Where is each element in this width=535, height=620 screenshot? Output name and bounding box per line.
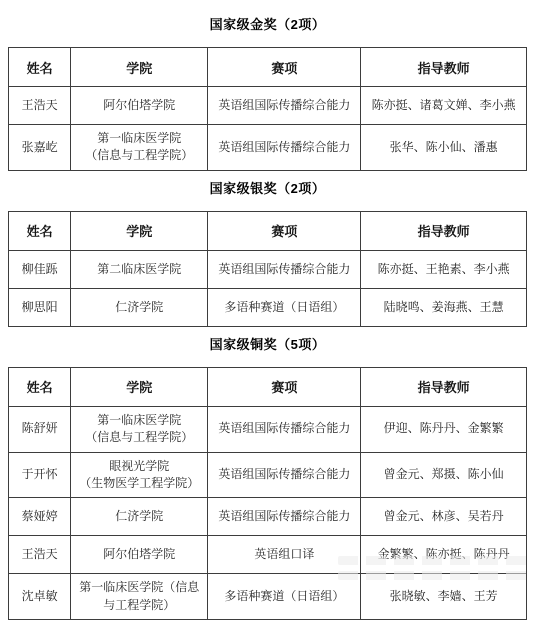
award-section: 国家级金奖（2项） 姓名学院赛项指导教师 王浩天阿尔伯塔学院英语组国际传播综合能… (8, 14, 527, 171)
table-body: 王浩天阿尔伯塔学院英语组国际传播综合能力陈亦挺、诸葛文婵、李小燕张嘉屹第一临床医… (9, 87, 527, 171)
column-header: 赛项 (208, 211, 361, 250)
cell-event: 英语组国际传播综合能力 (208, 250, 361, 288)
cell-teachers: 伊迎、陈丹丹、金繁繁 (361, 406, 527, 452)
table-row: 柳佳跞第二临床医学院英语组国际传播综合能力陈亦挺、王艳素、李小燕 (9, 250, 527, 288)
award-table: 姓名学院赛项指导教师 王浩天阿尔伯塔学院英语组国际传播综合能力陈亦挺、诸葛文婵、… (8, 47, 527, 171)
award-section: 国家级铜奖（5项） 姓名学院赛项指导教师 陈舒妍第一临床医学院 （信息与工程学院… (8, 334, 527, 620)
table-row: 柳思阳仁济学院多语种赛道（日语组）陆晓鸣、姜海燕、王慧 (9, 288, 527, 326)
cell-teachers: 张晓敏、李嫱、王芳 (361, 574, 527, 620)
cell-event: 英语组口译 (208, 536, 361, 574)
cell-event: 英语组国际传播综合能力 (208, 87, 361, 125)
table-row: 王浩天阿尔伯塔学院英语组口译金繁繁、陈亦挺、陈丹丹 (9, 536, 527, 574)
cell-event: 英语组国际传播综合能力 (208, 452, 361, 498)
cell-college: 仁济学院 (71, 288, 208, 326)
column-header: 学院 (71, 48, 208, 87)
cell-college: 第一临床医学院 （信息与工程学院） (71, 406, 208, 452)
table-row: 蔡娅婷仁济学院英语组国际传播综合能力曾金元、林彦、吴若丹 (9, 498, 527, 536)
section-title: 国家级金奖（2项） (8, 14, 527, 33)
column-header: 指导教师 (361, 367, 527, 406)
cell-name: 王浩天 (9, 87, 71, 125)
cell-name: 陈舒妍 (9, 406, 71, 452)
cell-event: 英语组国际传播综合能力 (208, 406, 361, 452)
cell-college: 第二临床医学院 (71, 250, 208, 288)
cell-name: 于开怀 (9, 452, 71, 498)
table-body: 陈舒妍第一临床医学院 （信息与工程学院）英语组国际传播综合能力伊迎、陈丹丹、金繁… (9, 406, 527, 619)
cell-event: 英语组国际传播综合能力 (208, 498, 361, 536)
table-row: 张嘉屹第一临床医学院 （信息与工程学院）英语组国际传播综合能力张华、陈小仙、潘惠 (9, 125, 527, 171)
award-document: 国家级金奖（2项） 姓名学院赛项指导教师 王浩天阿尔伯塔学院英语组国际传播综合能… (0, 0, 535, 620)
column-header: 赛项 (208, 48, 361, 87)
cell-college: 阿尔伯塔学院 (71, 536, 208, 574)
cell-college: 仁济学院 (71, 498, 208, 536)
table-header-row: 姓名学院赛项指导教师 (9, 367, 527, 406)
column-header: 赛项 (208, 367, 361, 406)
cell-name: 蔡娅婷 (9, 498, 71, 536)
award-section: 国家级银奖（2项） 姓名学院赛项指导教师 柳佳跞第二临床医学院英语组国际传播综合… (8, 178, 527, 327)
section-title: 国家级铜奖（5项） (8, 334, 527, 353)
cell-event: 多语种赛道（日语组） (208, 574, 361, 620)
table-row: 沈卓敏第一临床医学院（信息与工程学院）多语种赛道（日语组）张晓敏、李嫱、王芳 (9, 574, 527, 620)
column-header: 指导教师 (361, 211, 527, 250)
cell-teachers: 曾金元、郑摄、陈小仙 (361, 452, 527, 498)
cell-teachers: 陆晓鸣、姜海燕、王慧 (361, 288, 527, 326)
cell-name: 沈卓敏 (9, 574, 71, 620)
cell-name: 柳佳跞 (9, 250, 71, 288)
cell-teachers: 金繁繁、陈亦挺、陈丹丹 (361, 536, 527, 574)
cell-college: 阿尔伯塔学院 (71, 87, 208, 125)
cell-name: 张嘉屹 (9, 125, 71, 171)
column-header: 姓名 (9, 367, 71, 406)
column-header: 姓名 (9, 48, 71, 87)
column-header: 指导教师 (361, 48, 527, 87)
table-header-row: 姓名学院赛项指导教师 (9, 48, 527, 87)
cell-event: 多语种赛道（日语组） (208, 288, 361, 326)
cell-teachers: 曾金元、林彦、吴若丹 (361, 498, 527, 536)
table-row: 陈舒妍第一临床医学院 （信息与工程学院）英语组国际传播综合能力伊迎、陈丹丹、金繁… (9, 406, 527, 452)
cell-college: 第一临床医学院 （信息与工程学院） (71, 125, 208, 171)
column-header: 姓名 (9, 211, 71, 250)
award-table: 姓名学院赛项指导教师 陈舒妍第一临床医学院 （信息与工程学院）英语组国际传播综合… (8, 367, 527, 620)
cell-college: 眼视光学院 （生物医学工程学院） (71, 452, 208, 498)
table-row: 于开怀眼视光学院 （生物医学工程学院）英语组国际传播综合能力曾金元、郑摄、陈小仙 (9, 452, 527, 498)
cell-name: 柳思阳 (9, 288, 71, 326)
award-table: 姓名学院赛项指导教师 柳佳跞第二临床医学院英语组国际传播综合能力陈亦挺、王艳素、… (8, 211, 527, 327)
column-header: 学院 (71, 367, 208, 406)
table-header-row: 姓名学院赛项指导教师 (9, 211, 527, 250)
column-header: 学院 (71, 211, 208, 250)
cell-teachers: 陈亦挺、王艳素、李小燕 (361, 250, 527, 288)
cell-college: 第一临床医学院（信息与工程学院） (71, 574, 208, 620)
cell-event: 英语组国际传播综合能力 (208, 125, 361, 171)
cell-teachers: 陈亦挺、诸葛文婵、李小燕 (361, 87, 527, 125)
table-body: 柳佳跞第二临床医学院英语组国际传播综合能力陈亦挺、王艳素、李小燕柳思阳仁济学院多… (9, 250, 527, 326)
cell-name: 王浩天 (9, 536, 71, 574)
cell-teachers: 张华、陈小仙、潘惠 (361, 125, 527, 171)
section-title: 国家级银奖（2项） (8, 178, 527, 197)
table-row: 王浩天阿尔伯塔学院英语组国际传播综合能力陈亦挺、诸葛文婵、李小燕 (9, 87, 527, 125)
